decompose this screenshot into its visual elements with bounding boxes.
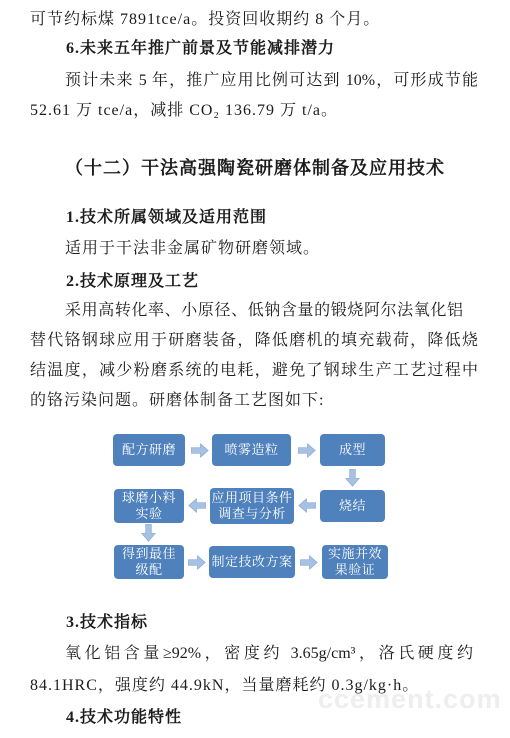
paragraph-line: 可节约标煤 7891tce/a。投资回收期约 8 个月。 bbox=[30, 9, 380, 30]
paragraph-line: 替代铬钢球应用于研磨装备，降低磨机的填充载荷，降低烧 bbox=[30, 330, 478, 351]
arrow-right-icon bbox=[188, 555, 206, 570]
paragraph-line: 的铬污染问题。研磨体制备工艺图如下: bbox=[30, 390, 324, 411]
arrow-right-icon bbox=[300, 555, 318, 570]
flow-step-implementation-verification: 实施并效 果验证 bbox=[322, 545, 388, 579]
flow-step-forming: 成型 bbox=[320, 434, 385, 466]
paragraph-line: 适用于干法非金属矿物研磨领域。 bbox=[65, 238, 320, 259]
flow-step-ball-mill-test: 球磨小料 实验 bbox=[114, 489, 184, 523]
paragraph-line: 氧化铝含量≥92%，密度约 3.65g/cm³，洛氏硬度约 bbox=[65, 643, 473, 664]
heading-functional-characteristics: 4.技术功能特性 bbox=[66, 707, 182, 728]
flow-step-project-condition-survey: 应用项目条件 调查与分析 bbox=[210, 488, 294, 524]
arrow-right-icon bbox=[298, 443, 316, 458]
arrow-right-icon bbox=[191, 443, 209, 458]
heading-future-outlook: 6.未来五年推广前景及节能减排潜力 bbox=[66, 38, 335, 59]
paragraph-line: 52.61 万 tce/a，减排 CO₂ 136.79 万 t/a。 bbox=[30, 100, 338, 121]
flow-step-spray-granulation: 喷雾造粒 bbox=[212, 434, 291, 466]
flow-step-sintering: 烧结 bbox=[320, 490, 385, 522]
flow-step-optimal-gradation: 得到最佳 级配 bbox=[114, 545, 184, 579]
heading-principle-process: 2.技术原理及工艺 bbox=[66, 271, 199, 292]
arrow-down-icon bbox=[141, 524, 156, 542]
paragraph-line: 采用高转化率、小原径、低钠含量的锻烧阿尔法氧化铝 bbox=[65, 300, 463, 321]
flow-step-formula-grinding: 配方研磨 bbox=[113, 434, 185, 466]
section-title: （十二）干法高强陶瓷研磨体制备及应用技术 bbox=[0, 158, 510, 179]
paragraph-line: 结温度，减少粉磨系统的电耗，避免了钢球生产工艺过程中 bbox=[30, 360, 478, 381]
paragraph-line: 84.1HRC，强度约 44.9kN，当量磨耗约 0.3g/kg·h。 bbox=[30, 675, 419, 696]
heading-technical-indicators: 3.技术指标 bbox=[66, 612, 148, 633]
flow-step-technical-plan: 制定技改方案 bbox=[209, 546, 295, 578]
arrow-left-icon bbox=[298, 498, 316, 513]
arrow-down-icon bbox=[345, 469, 360, 487]
heading-field-scope: 1.技术所属领域及适用范围 bbox=[66, 207, 267, 228]
paragraph-line: 预计未来 5 年，推广应用比例可达到 10%，可形成节能 bbox=[65, 70, 478, 91]
arrow-left-icon bbox=[188, 498, 206, 513]
document-page: ccement.com 可节约标煤 7891tce/a。投资回收期约 8 个月。… bbox=[0, 0, 510, 738]
